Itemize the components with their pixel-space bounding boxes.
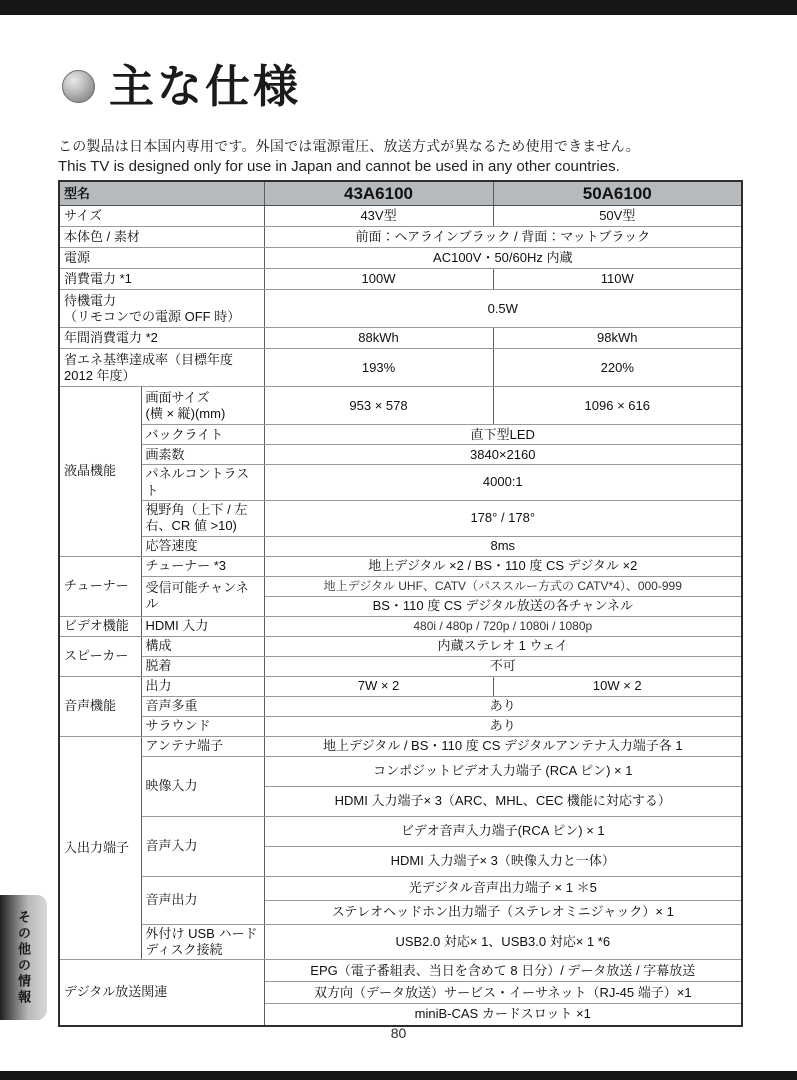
cell-power-consumption-label: 消費電力 *1 (59, 269, 264, 290)
cell-composition-value: 内蔵ステレオ 1 ウェイ (264, 636, 742, 656)
cell-viewing-angle-label: 視野角（上下 / 左右、CR 値 >10) (141, 500, 264, 536)
row-body-color: 本体色 / 素材 前面：ヘアラインブラック / 背面：マットブラック (59, 227, 742, 248)
cell-output-b: 10W × 2 (493, 676, 742, 696)
row-multiplex: 音声多重 あり (59, 696, 742, 716)
cell-surround-value: あり (264, 716, 742, 736)
cell-power-consumption-a: 100W (264, 269, 493, 290)
cell-screen-size-b: 1096 × 616 (493, 387, 742, 425)
spec-table: 型名 43A6100 50A6100 サイズ 43V型 50V型 本体色 / 素… (58, 180, 743, 1027)
row-annual-power: 年間消費電力 *2 88kWh 98kWh (59, 328, 742, 349)
cell-audio-out-value1: 光デジタル音声出力端子 × 1 ＊5 (264, 876, 742, 900)
cell-output-label: 出力 (141, 676, 264, 696)
cell-size-b: 50V型 (493, 206, 742, 227)
row-usb-hdd: 外付け USB ハードディスク接続 USB2.0 対応× 1、USB3.0 対応… (59, 924, 742, 960)
cell-annual-a: 88kWh (264, 328, 493, 349)
cell-annual-b: 98kWh (493, 328, 742, 349)
cell-antenna-label: アンテナ端子 (141, 736, 264, 756)
row-video-hdmi: ビデオ機能 HDMI 入力 480i / 480p / 720p / 1080i… (59, 616, 742, 636)
cell-pixels-label: 画素数 (141, 445, 264, 465)
cell-size-label: サイズ (59, 206, 264, 227)
cell-detachable-label: 脱着 (141, 656, 264, 676)
notice-japanese: この製品は日本国内専用です。外国では電源電圧、放送方式が異なるため使用できません… (58, 136, 640, 156)
cell-output-a: 7W × 2 (264, 676, 493, 696)
cell-standby-value: 0.5W (264, 290, 742, 328)
row-speaker-detachable: 脱着 不可 (59, 656, 742, 676)
page-number: 80 (0, 1025, 797, 1041)
cell-response-label: 応答速度 (141, 536, 264, 556)
cell-hdmi-value: 480i / 480p / 720p / 1080i / 1080p (264, 616, 742, 636)
cell-response-value: 8ms (264, 536, 742, 556)
bottom-black-bar (0, 1071, 797, 1080)
page-title: 主な仕様 (109, 64, 301, 109)
cell-audio-in-label: 音声入力 (141, 816, 264, 876)
cell-digital-value3: miniB-CAS カードスロット ×1 (264, 1004, 742, 1026)
page-header: 主な仕様 (62, 64, 301, 109)
cell-power-label: 電源 (59, 248, 264, 269)
row-response: 応答速度 8ms (59, 536, 742, 556)
cell-digital-label: デジタル放送関連 (59, 960, 264, 1026)
cell-detachable-value: 不可 (264, 656, 742, 676)
side-tab-label: その他の情報 (14, 910, 33, 1006)
cell-channels-label: 受信可能チャンネル (141, 576, 264, 616)
cell-io-group: 入出力端子 (59, 736, 141, 960)
row-viewing-angle: 視野角（上下 / 左右、CR 値 >10) 178° / 178° (59, 500, 742, 536)
cell-contrast-label: パネルコントラスト (141, 465, 264, 501)
cell-channels-value1: 地上デジタル UHF、CATV（パススルー方式の CATV*4）、000-999 (264, 576, 742, 596)
cell-channels-value2: BS・110 度 CS デジタル放送の各チャンネル (264, 596, 742, 616)
cell-audio-out-label: 音声出力 (141, 876, 264, 924)
cell-viewing-angle-value: 178° / 178° (264, 500, 742, 536)
row-speaker-composition: スピーカー 構成 内蔵ステレオ 1 ウェイ (59, 636, 742, 656)
cell-tuner-group: チューナー (59, 556, 141, 616)
cell-video-group: ビデオ機能 (59, 616, 141, 636)
row-antenna: 入出力端子 アンテナ端子 地上デジタル / BS・110 度 CS デジタルアン… (59, 736, 742, 756)
cell-tuner-label: チューナー *3 (141, 556, 264, 576)
row-audio-in-1: 音声入力 ビデオ音声入力端子(RCA ピン) × 1 (59, 816, 742, 846)
row-video-in-1: 映像入力 コンポジットビデオ入力端子 (RCA ピン) × 1 (59, 756, 742, 786)
row-channels-1: 受信可能チャンネル 地上デジタル UHF、CATV（パススルー方式の CATV*… (59, 576, 742, 596)
cell-power-value: AC100V・50/60Hz 内蔵 (264, 248, 742, 269)
cell-size-a: 43V型 (264, 206, 493, 227)
cell-lcd-group: 液晶機能 (59, 387, 141, 557)
cell-video-in-value1: コンポジットビデオ入力端子 (RCA ピン) × 1 (264, 756, 742, 786)
cell-audio-in-value1: ビデオ音声入力端子(RCA ピン) × 1 (264, 816, 742, 846)
cell-multiplex-label: 音声多重 (141, 696, 264, 716)
cell-contrast-value: 4000:1 (264, 465, 742, 501)
cell-antenna-value: 地上デジタル / BS・110 度 CS デジタルアンテナ入力端子各 1 (264, 736, 742, 756)
header-model-b: 50A6100 (493, 181, 742, 206)
row-surround: サラウンド あり (59, 716, 742, 736)
cell-audio-out-value2: ステレオヘッドホン出力端子（ステレオミニジャック）× 1 (264, 900, 742, 924)
header-model-label: 型名 (59, 181, 264, 206)
cell-energy-b: 220% (493, 349, 742, 387)
row-size: サイズ 43V型 50V型 (59, 206, 742, 227)
cell-usb-hdd-label: 外付け USB ハードディスク接続 (141, 924, 264, 960)
cell-body-color-label: 本体色 / 素材 (59, 227, 264, 248)
cell-audio-group: 音声機能 (59, 676, 141, 736)
cell-usb-hdd-value: USB2.0 対応× 1、USB3.0 対応× 1 *6 (264, 924, 742, 960)
section-bullet-icon (62, 70, 95, 103)
row-tuner: チューナー チューナー *3 地上デジタル ×2 / BS・110 度 CS デ… (59, 556, 742, 576)
cell-screen-size-a: 953 × 578 (264, 387, 493, 425)
top-black-bar (0, 0, 797, 15)
table-header-row: 型名 43A6100 50A6100 (59, 181, 742, 206)
row-power-consumption: 消費電力 *1 100W 110W (59, 269, 742, 290)
cell-screen-size-label: 画面サイズ (横 × 縦)(mm) (141, 387, 264, 425)
cell-backlight-label: バックライト (141, 425, 264, 445)
row-audio-output: 音声機能 出力 7W × 2 10W × 2 (59, 676, 742, 696)
cell-energy-a: 193% (264, 349, 493, 387)
row-lcd-screen-size: 液晶機能 画面サイズ (横 × 縦)(mm) 953 × 578 1096 × … (59, 387, 742, 425)
cell-tuner-value: 地上デジタル ×2 / BS・110 度 CS デジタル ×2 (264, 556, 742, 576)
cell-digital-value1: EPG（電子番組表、当日を含めて 8 日分）/ データ放送 / 字幕放送 (264, 960, 742, 982)
cell-digital-value2: 双方向（データ放送）サービス・イーサネット（RJ-45 端子）×1 (264, 982, 742, 1004)
cell-standby-label: 待機電力 （リモコンでの電源 OFF 時） (59, 290, 264, 328)
cell-video-in-value2: HDMI 入力端子× 3（ARC、MHL、CEC 機能に対応する） (264, 786, 742, 816)
header-model-a: 43A6100 (264, 181, 493, 206)
side-tab-other-info[interactable]: その他の情報 (0, 895, 47, 1020)
cell-hdmi-label: HDMI 入力 (141, 616, 264, 636)
row-audio-out-1: 音声出力 光デジタル音声出力端子 × 1 ＊5 (59, 876, 742, 900)
cell-composition-label: 構成 (141, 636, 264, 656)
row-backlight: バックライト 直下型LED (59, 425, 742, 445)
row-energy-saving: 省エネ基準達成率（目標年度 2012 年度） 193% 220% (59, 349, 742, 387)
cell-surround-label: サラウンド (141, 716, 264, 736)
cell-backlight-value: 直下型LED (264, 425, 742, 445)
row-power: 電源 AC100V・50/60Hz 内蔵 (59, 248, 742, 269)
cell-pixels-value: 3840×2160 (264, 445, 742, 465)
cell-power-consumption-b: 110W (493, 269, 742, 290)
cell-speaker-group: スピーカー (59, 636, 141, 676)
cell-multiplex-value: あり (264, 696, 742, 716)
notice-english: This TV is designed only for use in Japa… (58, 158, 620, 175)
row-digital-1: デジタル放送関連 EPG（電子番組表、当日を含めて 8 日分）/ データ放送 /… (59, 960, 742, 982)
cell-video-in-label: 映像入力 (141, 756, 264, 816)
cell-energy-label: 省エネ基準達成率（目標年度 2012 年度） (59, 349, 264, 387)
cell-body-color-value: 前面：ヘアラインブラック / 背面：マットブラック (264, 227, 742, 248)
cell-audio-in-value2: HDMI 入力端子× 3（映像入力と一体） (264, 846, 742, 876)
row-contrast: パネルコントラスト 4000:1 (59, 465, 742, 501)
cell-annual-label: 年間消費電力 *2 (59, 328, 264, 349)
row-pixels: 画素数 3840×2160 (59, 445, 742, 465)
row-standby-power: 待機電力 （リモコンでの電源 OFF 時） 0.5W (59, 290, 742, 328)
